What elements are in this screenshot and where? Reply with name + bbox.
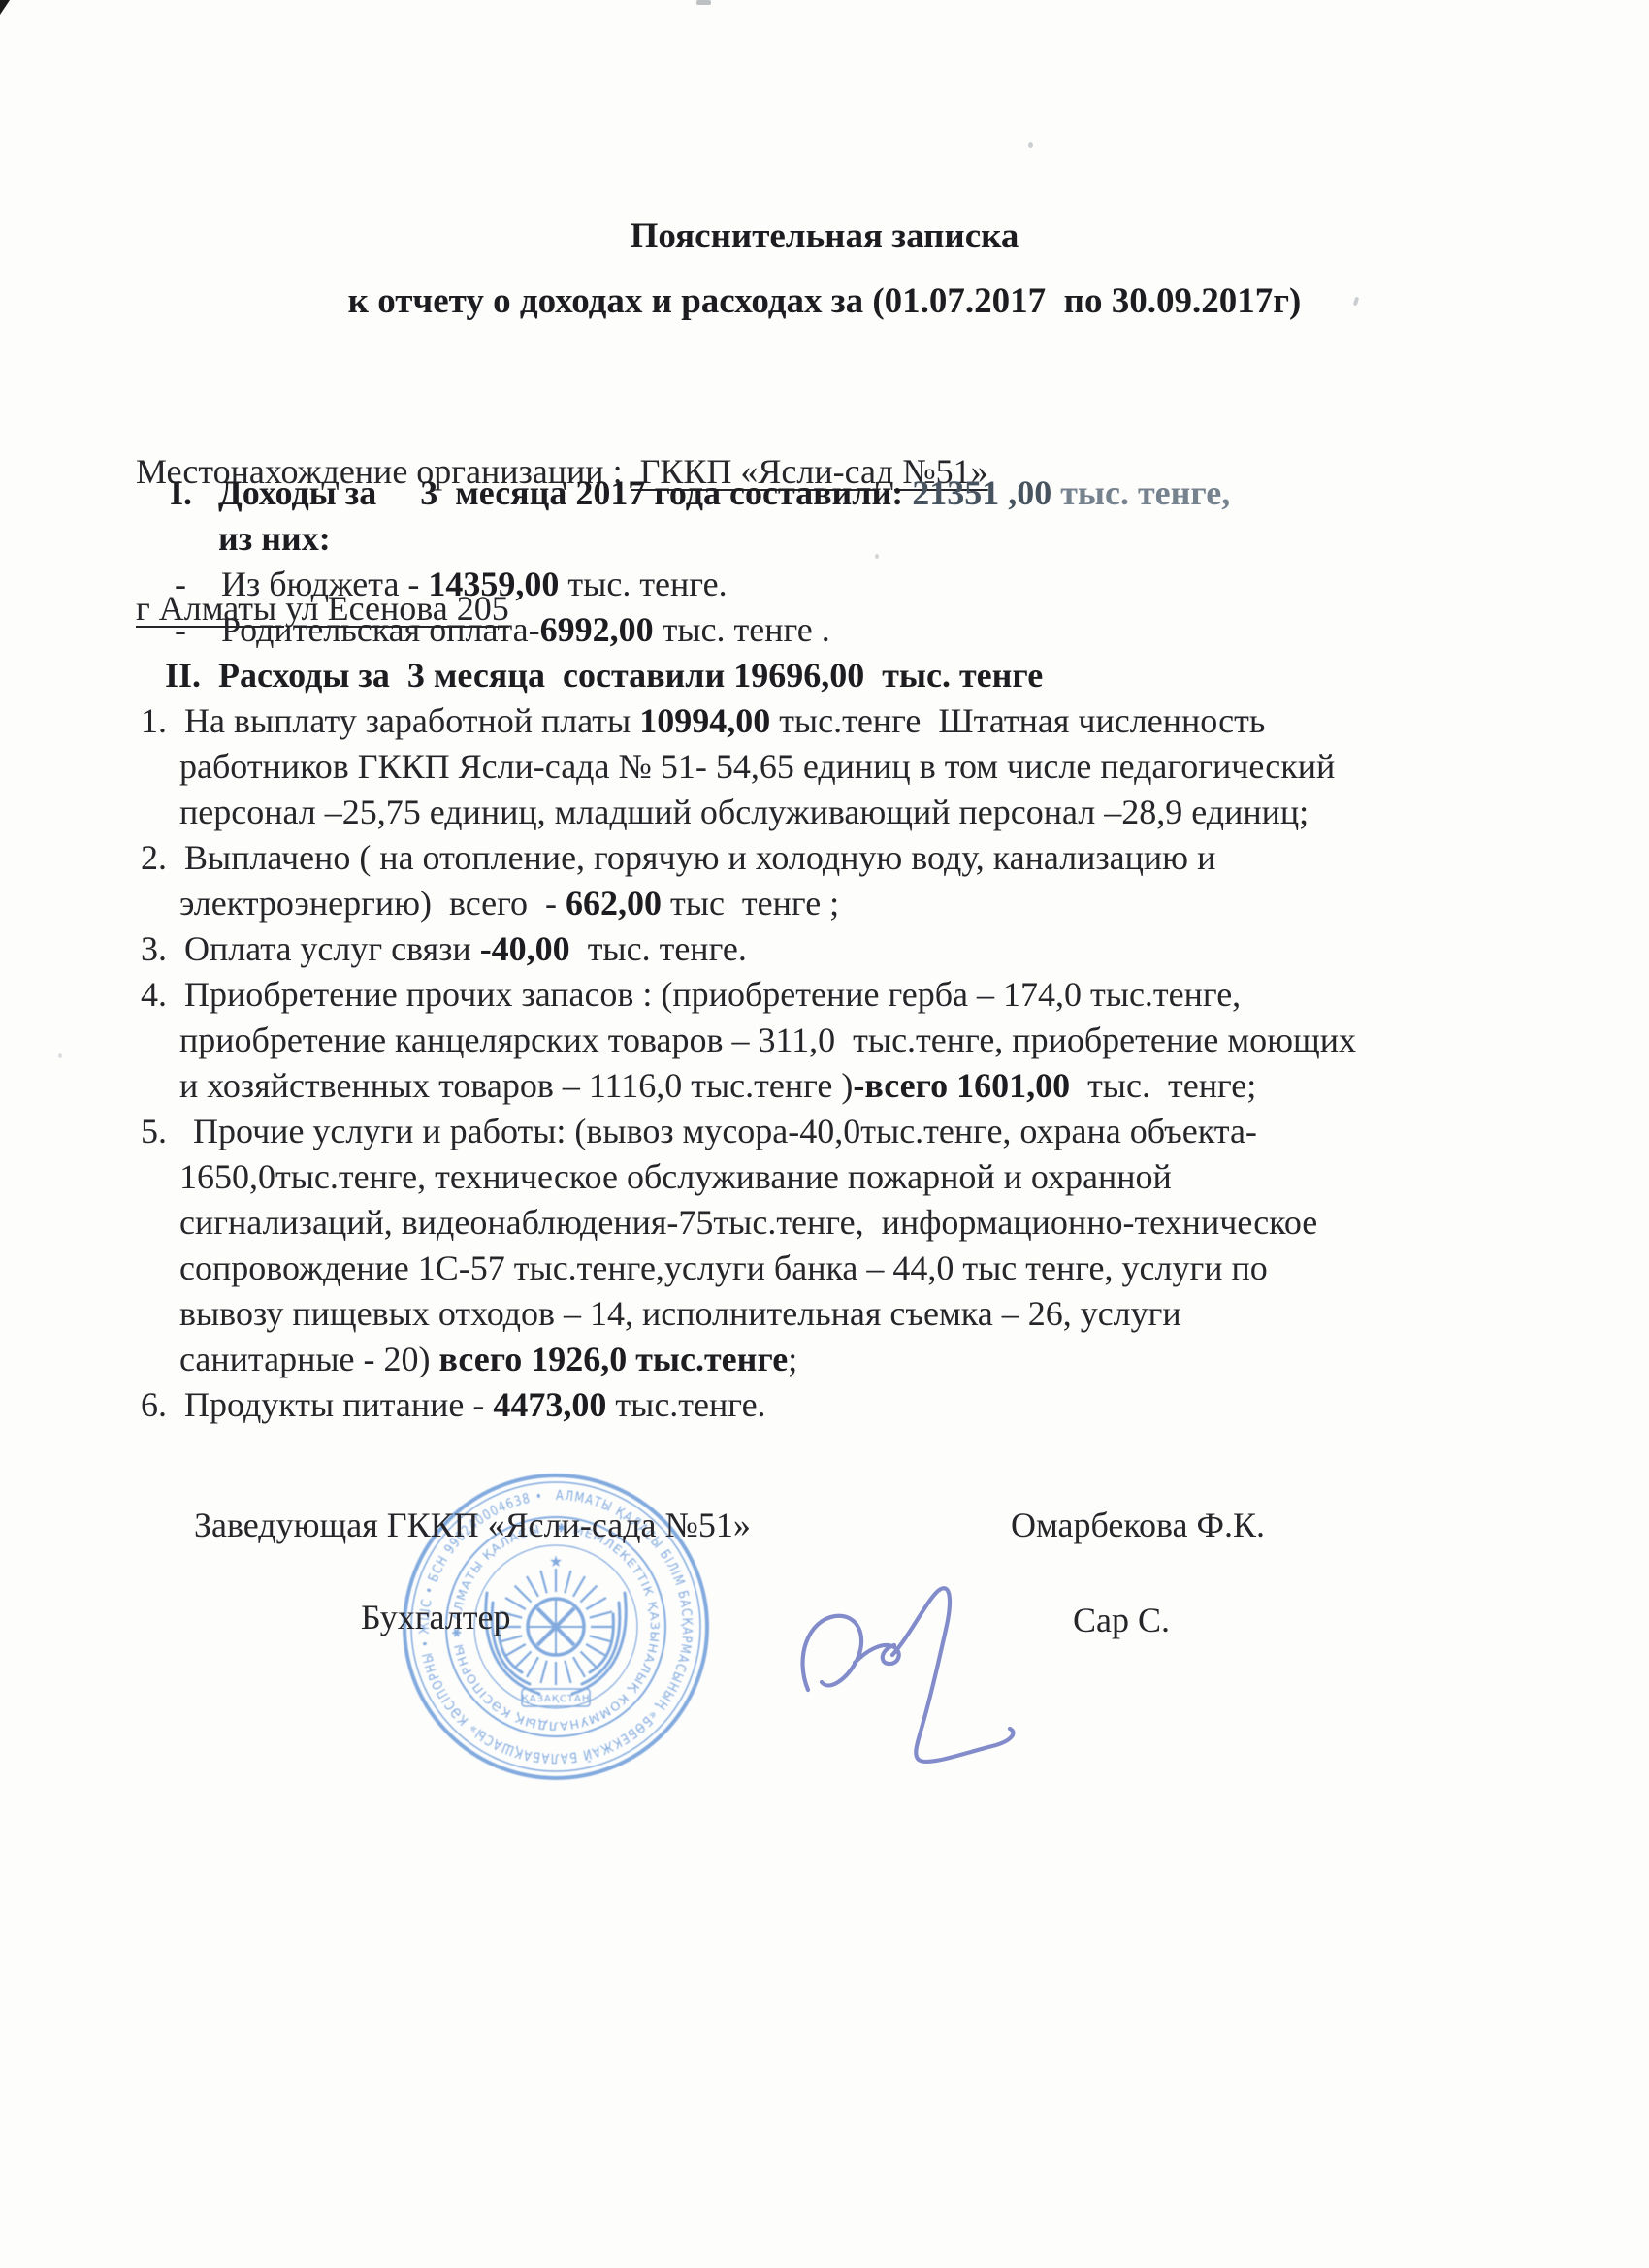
- text-segment: 1. На выплату заработной платы: [141, 701, 639, 740]
- text-segment: тыс. тенге.: [570, 929, 747, 968]
- text-segment: I. Доходы за 3 месяца 2017 года составил…: [170, 473, 912, 512]
- text-line: вывозу пищевых отходов – 14, исполнитель…: [136, 1291, 1571, 1337]
- text-segment: 3. Оплата услуг связи: [141, 929, 480, 968]
- text-segment: тыс. тенге.: [559, 565, 727, 603]
- text-segment: электроэнергию) всего -: [179, 884, 566, 923]
- text-segment: 662,00: [566, 884, 662, 923]
- scan-artifact: [0, 0, 10, 15]
- document-subtitle: к отчету о доходах и расходах за (01.07.…: [0, 280, 1649, 322]
- text-segment: тыс. тенге .: [654, 610, 830, 649]
- text-segment: -всего 1601,00: [853, 1066, 1070, 1105]
- text-segment: 1650,0тыс.тенге, техническое обслуживани…: [179, 1157, 1172, 1196]
- text-segment: 5. Прочие услуги и работы: (вывоз мусора…: [141, 1112, 1257, 1150]
- text-segment: тыс. тенге,: [1060, 473, 1230, 512]
- text-segment: из них:: [218, 519, 331, 558]
- text-line: - Из бюджета - 14359,00 тыс. тенге.: [136, 562, 1571, 607]
- text-line: - Родительская оплата-6992,00 тыс. тенге…: [136, 607, 1571, 653]
- text-segment: ;: [788, 1340, 797, 1378]
- signature: [771, 1564, 1052, 1772]
- text-line: 1650,0тыс.тенге, техническое обслуживани…: [136, 1154, 1571, 1200]
- text-line: 2. Выплачено ( на отопление, горячую и х…: [136, 835, 1571, 881]
- text-segment: тыс.тенге Штатная численность: [770, 701, 1265, 740]
- text-line: приобретение канцелярских товаров – 311,…: [136, 1018, 1571, 1063]
- text-segment: 6992,00: [540, 610, 654, 649]
- star-icon: ★: [549, 1554, 563, 1571]
- text-segment: тыс тенге ;: [662, 884, 839, 923]
- text-segment: 6. Продукты питание -: [141, 1385, 493, 1424]
- text-segment: персонал –25,75 единиц, младший обслужив…: [179, 793, 1309, 831]
- director-title: Заведующая ГККП «Ясли-сада №51»: [194, 1505, 751, 1545]
- text-segment: 4. Приобретение прочих запасов : (приобр…: [141, 975, 1241, 1014]
- text-segment: вывозу пищевых отходов – 14, исполнитель…: [179, 1294, 1181, 1333]
- text-segment: 4473,00: [493, 1385, 606, 1424]
- text-line: I. Доходы за 3 месяца 2017 года составил…: [136, 470, 1571, 516]
- director-name: Омарбекова Ф.К.: [1011, 1505, 1265, 1545]
- scan-artifact: [1028, 142, 1033, 148]
- text-segment: 2. Выплачено ( на отопление, горячую и х…: [141, 838, 1215, 877]
- text-segment: 14359,00: [428, 565, 559, 603]
- stamp-center-text: ҚАЗАҚСТАН: [522, 1694, 591, 1704]
- text-line: сопровождение 1С-57 тыс.тенге,услуги бан…: [136, 1246, 1571, 1291]
- text-line: 1. На выплату заработной платы 10994,00 …: [136, 698, 1571, 744]
- text-line: сигнализаций, видеонаблюдения-75тыс.тенг…: [136, 1200, 1571, 1246]
- text-segment: и хозяйственных товаров – 1116,0 тыс.тен…: [179, 1066, 853, 1105]
- text-line: 5. Прочие услуги и работы: (вывоз мусора…: [136, 1109, 1571, 1154]
- scan-artifact: [696, 0, 711, 5]
- accountant-name: Сар С.: [1073, 1600, 1170, 1640]
- text-line: 3. Оплата услуг связи -40,00 тыс. тенге.: [136, 926, 1571, 972]
- text-segment: 21351 ,00: [912, 473, 1060, 512]
- text-segment: работников ГККП Ясли-сада № 51- 54,65 ед…: [179, 747, 1335, 786]
- text-segment: -40,00: [480, 929, 570, 968]
- shanyrak-icon: [528, 1599, 584, 1655]
- text-line: персонал –25,75 единиц, младший обслужив…: [136, 790, 1571, 835]
- text-line: электроэнергию) всего - 662,00 тыс тенге…: [136, 881, 1571, 926]
- document-title: Пояснительная записка: [0, 215, 1649, 257]
- text-segment: тыс. тенге;: [1070, 1066, 1256, 1105]
- text-segment: - Родительская оплата-: [175, 610, 540, 649]
- text-line: 4. Приобретение прочих запасов : (приобр…: [136, 972, 1571, 1018]
- scanned-document-page: Пояснительная записка к отчету о доходах…: [0, 0, 1649, 2268]
- text-line: санитарные - 20) всего 1926,0 тыс.тенге;: [136, 1337, 1571, 1382]
- text-line: и хозяйственных товаров – 1116,0 тыс.тен…: [136, 1063, 1571, 1109]
- text-line: II. Расходы за 3 месяца составили 19696,…: [136, 653, 1571, 698]
- text-segment: сигнализаций, видеонаблюдения-75тыс.тенг…: [179, 1203, 1317, 1242]
- text-segment: всего 1926,0 тыс.тенге: [439, 1340, 789, 1378]
- accountant-title: Бухгалтер: [361, 1597, 511, 1637]
- text-line: работников ГККП Ясли-сада № 51- 54,65 ед…: [136, 744, 1571, 790]
- scan-artifact: [58, 1053, 62, 1058]
- text-line: 6. Продукты питание - 4473,00 тыс.тенге.: [136, 1382, 1571, 1428]
- text-segment: 10994,00: [639, 701, 770, 740]
- text-segment: - Из бюджета -: [175, 565, 428, 603]
- text-segment: приобретение канцелярских товаров – 311,…: [179, 1021, 1356, 1059]
- text-segment: сопровождение 1С-57 тыс.тенге,услуги бан…: [179, 1248, 1268, 1287]
- text-segment: II. Расходы за 3 месяца составили 19696,…: [165, 656, 1043, 695]
- text-segment: санитарные - 20): [179, 1340, 439, 1378]
- document-body: I. Доходы за 3 месяца 2017 года составил…: [136, 470, 1571, 1428]
- text-line: из них:: [136, 516, 1571, 562]
- text-segment: тыс.тенге.: [606, 1385, 765, 1424]
